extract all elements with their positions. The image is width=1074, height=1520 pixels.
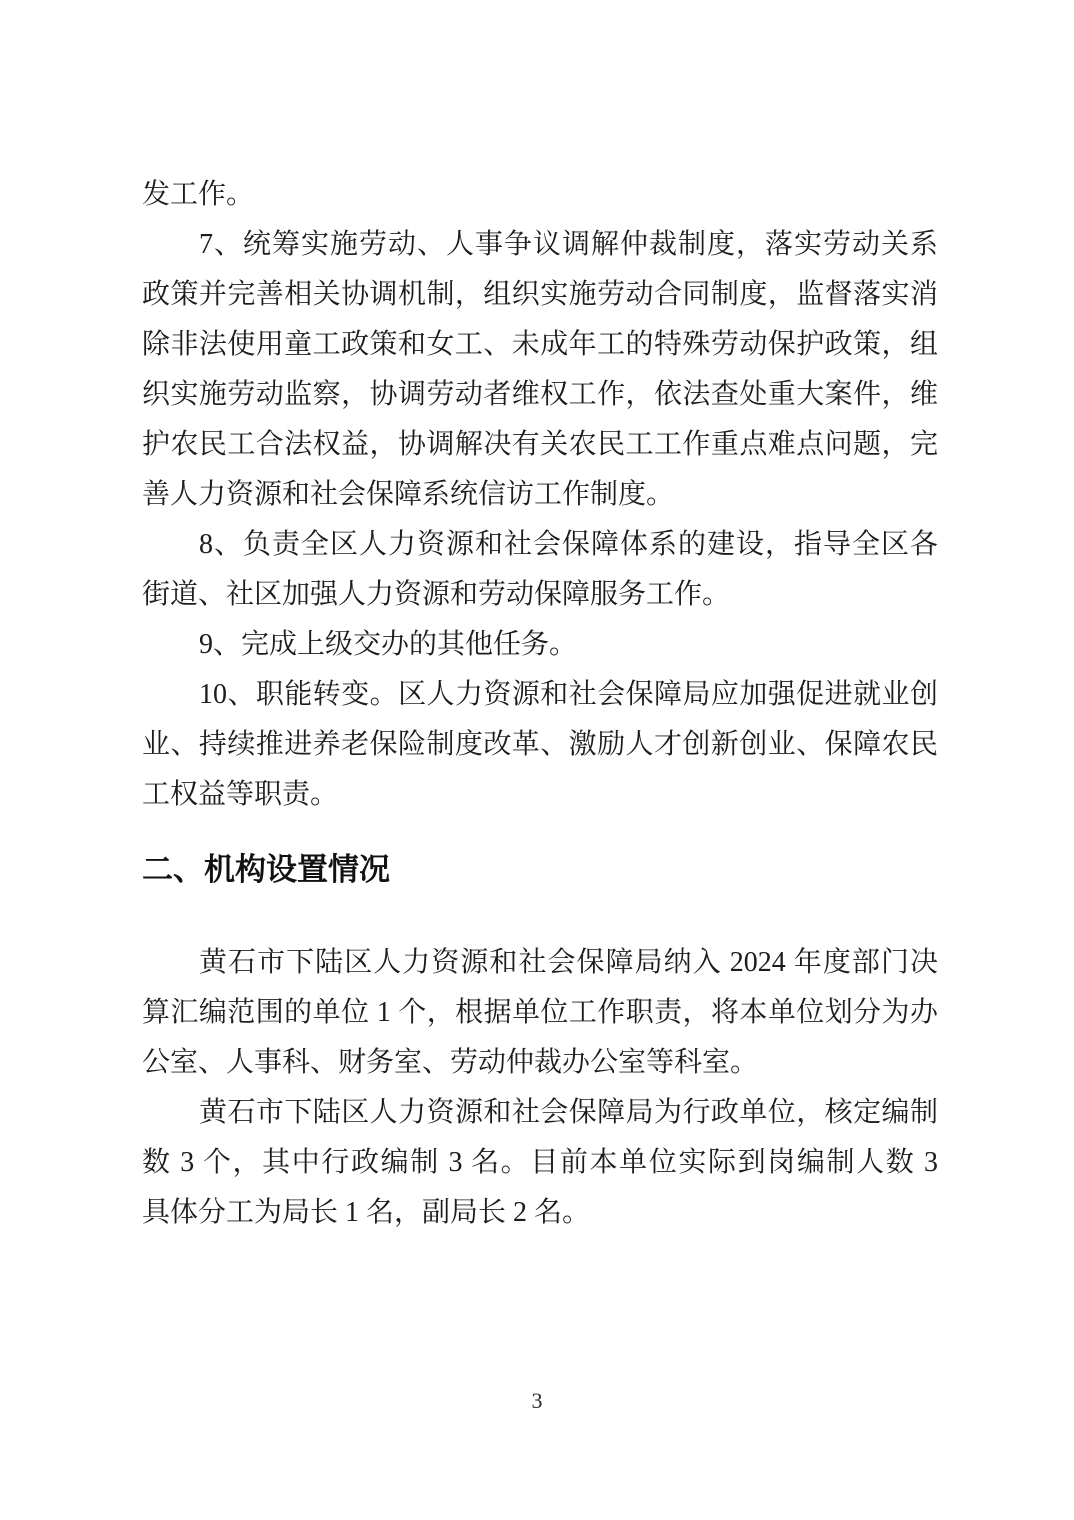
- text-line: 除非法使用童工政策和女工、未成年工的特殊劳动保护政策，组: [142, 320, 938, 370]
- text-line: 善人力资源和社会保障系统信访工作制度。: [142, 470, 938, 520]
- text-line: 算汇编范围的单位 1 个，根据单位工作职责，将本单位划分为办: [142, 988, 938, 1038]
- text-line: 8、负责全区人力资源和社会保障体系的建设，指导全区各: [142, 520, 938, 570]
- text-line: 7、统筹实施劳动、人事争议调解仲裁制度，落实劳动关系: [142, 220, 938, 270]
- text-line: 数 3 个，其中行政编制 3 名。目前本单位实际到岗编制人数 3 名，: [142, 1138, 938, 1188]
- text-line: 护农民工合法权益，协调解决有关农民工工作重点难点问题，完: [142, 420, 938, 470]
- text-line: 工权益等职责。: [142, 770, 938, 820]
- section-duties-continuation: 发工作。7、统筹实施劳动、人事争议调解仲裁制度，落实劳动关系政策并完善相关协调机…: [142, 170, 938, 820]
- text-line: 政策并完善相关协调机制，组织实施劳动合同制度，监督落实消: [142, 270, 938, 320]
- text-line: 9、完成上级交办的其他任务。: [142, 620, 938, 670]
- text-line: 具体分工为局长 1 名，副局长 2 名。: [142, 1188, 938, 1238]
- text-line: 黄石市下陆区人力资源和社会保障局为行政单位，核定编制: [142, 1088, 938, 1138]
- section-heading-organization: 二、机构设置情况: [142, 848, 938, 892]
- text-line: 发工作。: [142, 170, 938, 220]
- text-line: 黄石市下陆区人力资源和社会保障局纳入 2024 年度部门决: [142, 938, 938, 988]
- page-number: 3: [0, 1388, 1074, 1414]
- text-line: 公室、人事科、财务室、劳动仲裁办公室等科室。: [142, 1038, 938, 1088]
- text-line: 织实施劳动监察，协调劳动者维权工作，依法查处重大案件，维: [142, 370, 938, 420]
- text-line: 业、持续推进养老保险制度改革、激励人才创新创业、保障农民: [142, 720, 938, 770]
- text-line: 10、职能转变。区人力资源和社会保障局应加强促进就业创: [142, 670, 938, 720]
- document-body: 发工作。7、统筹实施劳动、人事争议调解仲裁制度，落实劳动关系政策并完善相关协调机…: [142, 170, 938, 1238]
- text-line: 街道、社区加强人力资源和劳动保障服务工作。: [142, 570, 938, 620]
- section-organization-setup: 黄石市下陆区人力资源和社会保障局纳入 2024 年度部门决算汇编范围的单位 1 …: [142, 938, 938, 1238]
- document-page: 发工作。7、统筹实施劳动、人事争议调解仲裁制度，落实劳动关系政策并完善相关协调机…: [0, 0, 1074, 1520]
